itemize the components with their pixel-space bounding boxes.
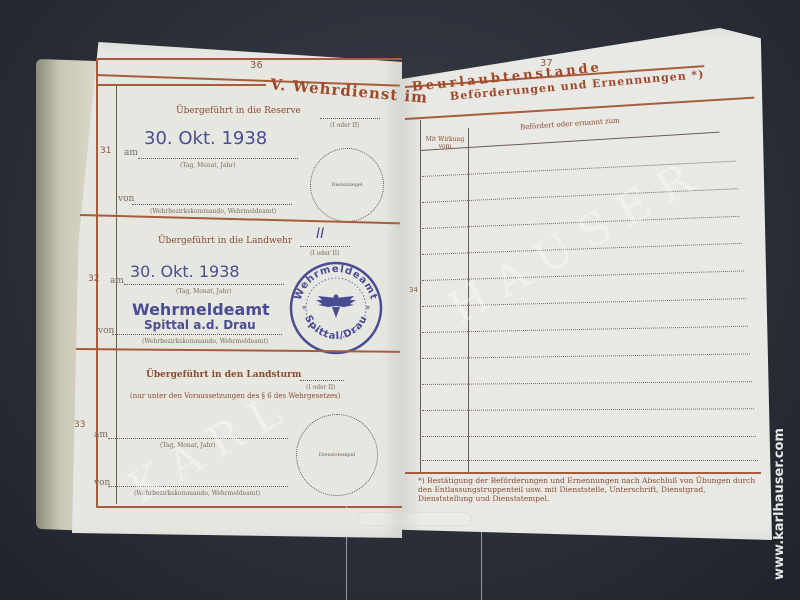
reserve-seal-label: Dienstsiegel xyxy=(311,182,383,188)
landwehr-office-stamp-line1: Wehrmeldeamt xyxy=(132,300,270,319)
landsturm-seal-label: Dienststempel xyxy=(297,452,377,458)
svg-text:*: * xyxy=(366,305,370,314)
reserve-option-hint: (I oder II) xyxy=(330,122,359,129)
landsturm-option-hint: (I oder II) xyxy=(306,384,335,391)
landwehr-von-hint: (Wehrbezirkskommando, Wehrmeldeamt) xyxy=(142,338,268,345)
landwehr-date-hint: (Tag, Monat, Jahr) xyxy=(176,288,232,295)
right-left-column-line xyxy=(420,120,421,472)
landwehr-am-label: am xyxy=(110,276,124,286)
header-rule-2 xyxy=(96,84,266,86)
display-stand-slot xyxy=(358,512,472,526)
landwehr-von-line xyxy=(112,334,282,335)
row-number-column-line xyxy=(116,86,117,504)
table-row xyxy=(422,436,756,437)
reserve-von-hint: (Wehrbezirkskommando, Wehrmeldeamt) xyxy=(150,208,276,215)
table-row xyxy=(422,460,758,461)
reserve-am-label: am xyxy=(124,148,138,158)
row-number-32: 32 xyxy=(88,274,99,284)
landwehr-date-stamp: 30. Okt. 1938 xyxy=(130,262,240,281)
document-photo: 36 V. Wehrdienst im Übergeführt in die R… xyxy=(0,0,800,600)
reserve-date-hint: (Tag, Monat, Jahr) xyxy=(180,162,236,169)
landsturm-option-line xyxy=(300,380,344,381)
landwehr-date-line xyxy=(124,284,284,285)
footnote-rule xyxy=(405,472,761,474)
site-watermark: www.karlhauser.com xyxy=(772,558,787,580)
landwehr-office-stamp-line2: Spittal a.d. Drau xyxy=(144,318,256,332)
reserve-von-line xyxy=(132,204,292,205)
official-round-stamp: Wehrmeldeamt Spittal/Drau * * xyxy=(288,260,384,356)
landsturm-seal-circle: Dienststempel xyxy=(296,414,378,496)
reserve-heading: Übergeführt in die Reserve xyxy=(176,106,301,116)
landsturm-am-label: am xyxy=(94,430,108,440)
landsturm-subheading: (nur unter den Voraussetzungen des § 6 d… xyxy=(130,392,340,400)
stamp-seal-icon: Wehrmeldeamt Spittal/Drau * * xyxy=(288,260,384,356)
row-number-31: 31 xyxy=(100,146,111,156)
landwehr-class-value: II xyxy=(316,226,324,242)
landwehr-heading: Übergeführt in die Landwehr xyxy=(158,236,292,246)
reserve-date-stamp: 30. Okt. 1938 xyxy=(144,128,267,149)
row-number-34: 34 xyxy=(409,286,418,294)
reserve-von-label: von xyxy=(118,194,134,204)
row-number-33: 33 xyxy=(74,420,85,430)
svg-text:*: * xyxy=(302,305,306,314)
page-number-left: 36 xyxy=(250,60,263,71)
reserve-date-line xyxy=(138,158,298,159)
reserve-option-line xyxy=(320,118,380,119)
landwehr-option-hint: (I oder II) xyxy=(310,250,339,257)
reserve-seal-circle: Dienstsiegel xyxy=(310,148,384,222)
landwehr-option-line xyxy=(300,246,350,247)
landsturm-heading: Übergeführt in den Landsturm xyxy=(146,370,301,380)
